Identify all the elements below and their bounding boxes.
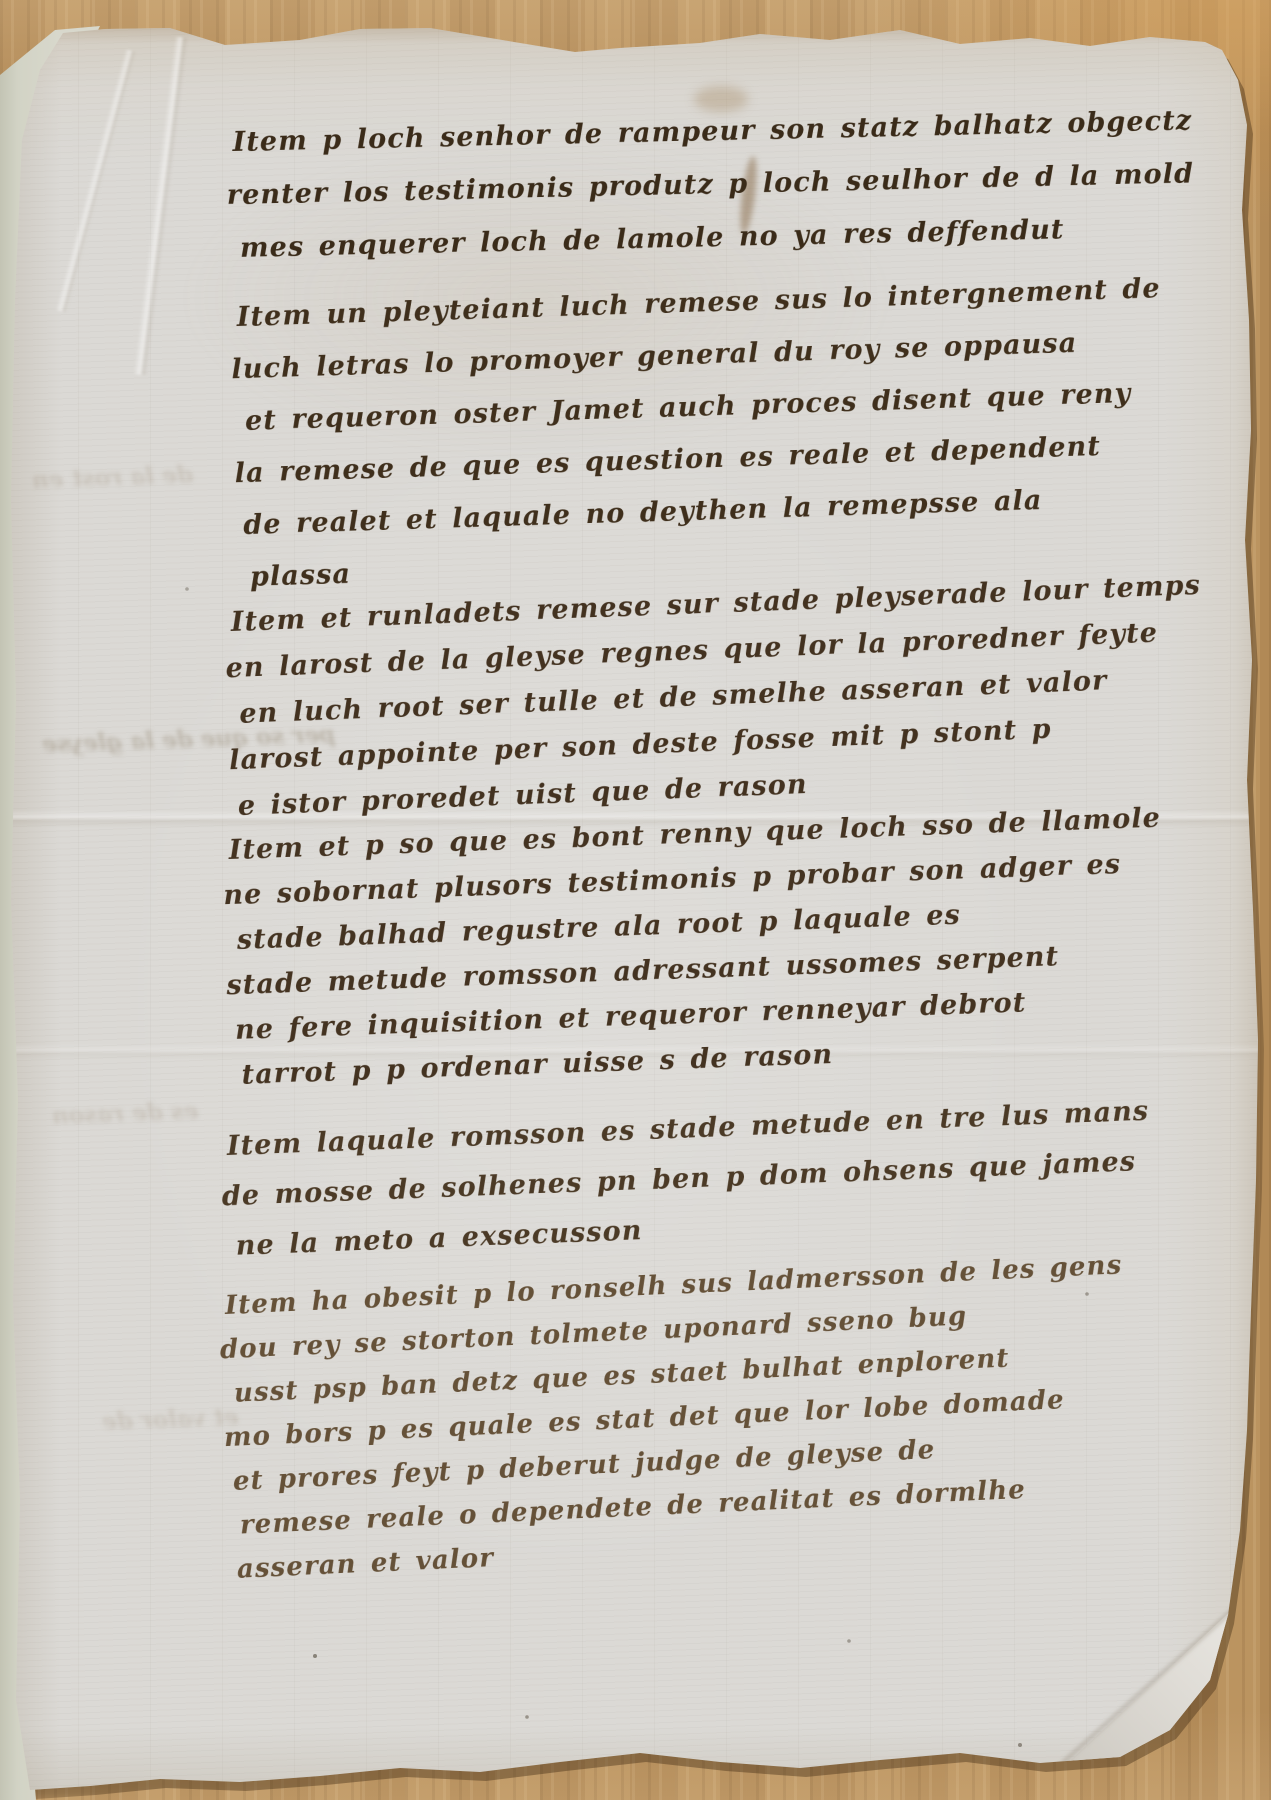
vertical-fold-crease (133, 36, 188, 375)
show-through-mark: es de rason (52, 1097, 199, 1129)
show-through-mark: de la rost en (32, 461, 194, 494)
show-through-mark: et valor de (102, 1404, 239, 1436)
paragraph-6: Item ha obesit p lo ronselh sus ladmerss… (224, 1243, 1135, 1591)
paragraph-2: Item un pleyteiant luch remese sus lo in… (236, 263, 1170, 604)
paragraph-5: Item laquale romsson es stade metude en … (226, 1087, 1154, 1272)
paragraph-3: Item et runladets remese sur stade pleys… (230, 563, 1209, 830)
manuscript-sheet: de la rost en per so que de la gleyse es… (6, 28, 1260, 1792)
paragraph-1: Item p loch senhor de rampeur son statz … (232, 94, 1196, 275)
paragraph-4: Item et p so que es bont renny que loch … (228, 795, 1170, 1097)
vertical-fold-crease (55, 49, 136, 313)
